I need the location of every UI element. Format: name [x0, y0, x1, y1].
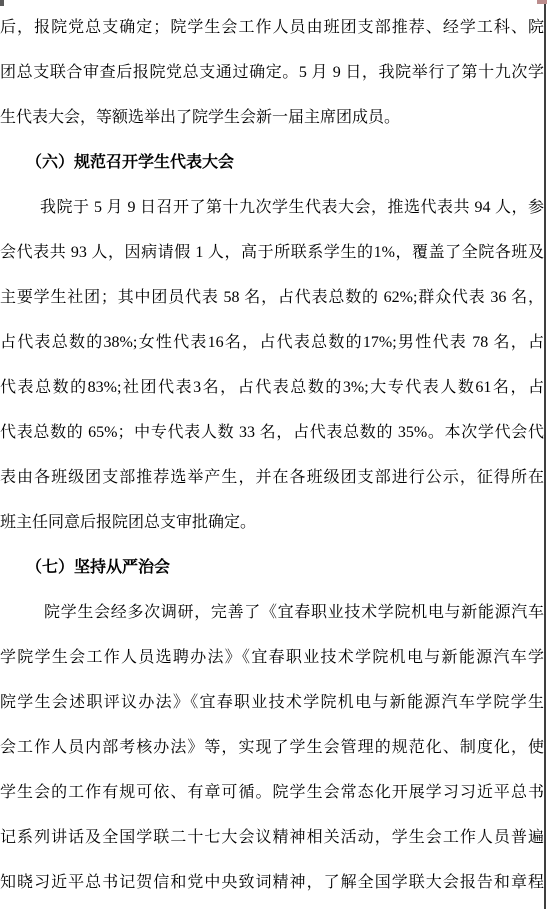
document-line: 学生会的工作有规可依、有章可循。院学生会常态化开展学习习近平总书	[0, 770, 544, 815]
document-line: 会代表共 93 人，因病请假 1 人，高于所联系学生的1%，覆盖了全院各班及	[0, 230, 544, 275]
page-right-border-line	[544, 0, 546, 909]
document-line: （七）坚持从严治会	[0, 545, 544, 590]
document-line: 院学生会述职评议办法》《宜春职业技术学院机电与新能源汽车学院学生	[0, 680, 544, 725]
document-line: 院学生会经多次调研，完善了《宜春职业技术学院机电与新能源汽车	[0, 590, 544, 635]
document-text-body: 后，报院党总支确定；院学生会工作人员由班团支部推荐、经学工科、院团总支联合审查后…	[0, 5, 544, 905]
top-right-corner-artifact	[537, 0, 547, 4]
document-line: 占代表总数的38%;女性代表16名，占代表总数的17%;男性代表 78 名，占	[0, 320, 544, 365]
document-line: 生代表大会，等额选举出了院学生会新一届主席团成员。	[0, 95, 544, 140]
document-line: 主要学生社团；其中团员代表 58 名，占代表总数的 62%;群众代表 36 名，	[0, 275, 544, 320]
document-line: 班主任同意后报院团总支审批确定。	[0, 500, 544, 545]
document-line: 代表总数的 65%；中专代表人数 33 名，占代表总数的 35%。本次学代会代	[0, 410, 544, 455]
document-line: 团总支联合审查后报院党总支通过确定。5 月 9 日，我院举行了第十九次学	[0, 50, 544, 95]
document-line: 表由各班级团支部推荐选举产生，并在各班级团支部进行公示，征得所在	[0, 455, 544, 500]
document-page: 后，报院党总支确定；院学生会工作人员由班团支部推荐、经学工科、院团总支联合审查后…	[0, 0, 548, 909]
top-left-corner-artifact	[0, 0, 4, 6]
document-line: 学院学生会工作人员选聘办法》《宜春职业技术学院机电与新能源汽车学	[0, 635, 544, 680]
document-line: 后，报院党总支确定；院学生会工作人员由班团支部推荐、经学工科、院	[0, 5, 544, 50]
document-line: 记系列讲话及全国学联二十七大会议精神相关活动，学生会工作人员普遍	[0, 815, 544, 860]
document-line: 代表总数的83%;社团代表3名，占代表总数的3%;大专代表人数61名，占	[0, 365, 544, 410]
document-line: 知晓习近平总书记贺信和党中央致词精神，了解全国学联大会报告和章程	[0, 860, 544, 905]
document-line: 我院于 5 月 9 日召开了第十九次学生代表大会，推选代表共 94 人，参	[0, 185, 544, 230]
document-line: （六）规范召开学生代表大会	[0, 140, 544, 185]
document-line: 会工作人员内部考核办法》等，实现了学生会管理的规范化、制度化，使	[0, 725, 544, 770]
